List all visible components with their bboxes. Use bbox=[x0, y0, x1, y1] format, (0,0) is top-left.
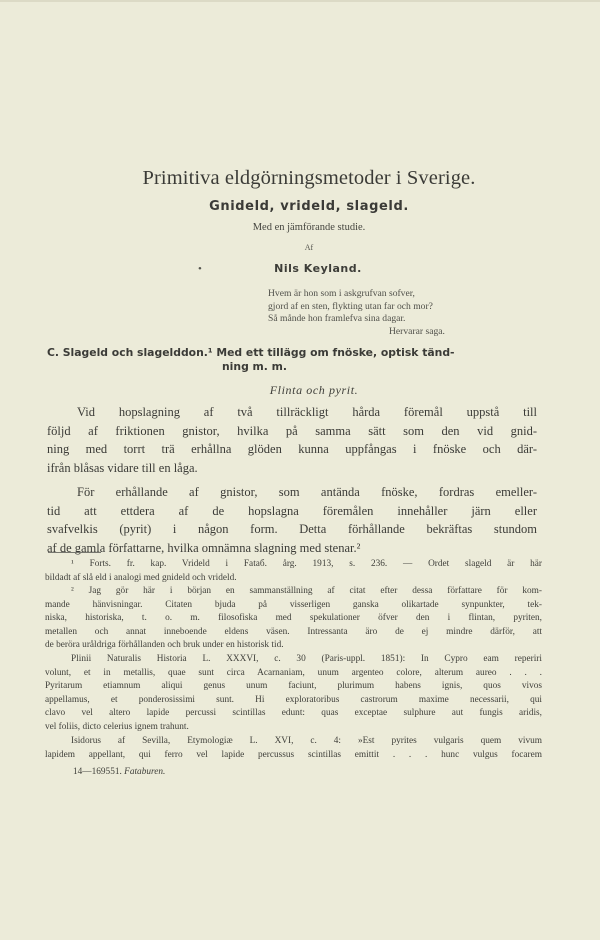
article-subsubtitle: Med en jämförande studie. bbox=[0, 222, 600, 233]
paragraph-line: af de gamla författarne, hvilka omnämna … bbox=[47, 539, 537, 558]
footnote-line: Plinii Naturalis Historia L. XXXVI, c. 3… bbox=[45, 653, 542, 667]
footnote-line: Pyritarum etiamnum aliqui genus unum fac… bbox=[45, 680, 542, 694]
body-paragraph: Vid hopslagning af två tillräckligt hård… bbox=[47, 403, 537, 477]
signature-name: Fataburen. bbox=[124, 767, 165, 777]
footnote: ² Jag gör här i början en sammanställnin… bbox=[45, 585, 542, 653]
section-heading-line: ning m. m. bbox=[47, 360, 537, 374]
footnote-citation: Plinii Naturalis Historia L. XXXVI, c. 3… bbox=[45, 653, 542, 735]
signature-number: 14—169551. bbox=[73, 767, 122, 777]
footnote-line: clavo vel altero lapide percussi scintil… bbox=[45, 707, 542, 721]
footnote-line: niska, historiska, t. o. m. filosofiska … bbox=[45, 612, 542, 626]
paragraph-line: svafvelkis (pyrit) i någon form. Detta f… bbox=[47, 520, 537, 539]
body-paragraph: För erhållande af gnistor, som antända f… bbox=[47, 483, 537, 557]
section-heading-line: C. Slageld och slagelddon.¹ Med ett till… bbox=[47, 346, 537, 360]
paragraph-line: Vid hopslagning af två tillräckligt hård… bbox=[47, 403, 537, 422]
paragraph-line: För erhållande af gnistor, som antända f… bbox=[47, 483, 537, 502]
epigraph-source: Hervarar saga. bbox=[268, 326, 598, 339]
author-name: Nils Keyland. bbox=[0, 262, 600, 275]
footnote-citation: Isidorus af Sevilla, Etymologiæ L. XVI, … bbox=[45, 735, 542, 762]
epigraph-line: Så månde hon framlefva sina dagar. bbox=[268, 313, 598, 326]
paragraph-line: tid att ettdera af de hopslagna föremåle… bbox=[47, 502, 537, 521]
section-heading: C. Slageld och slagelddon.¹ Med ett till… bbox=[47, 346, 537, 374]
footnote: ¹ Forts. fr. kap. Vrideld i Fataб. årg. … bbox=[45, 558, 542, 585]
paragraph-line: ifrån blåsas vidare till en låga. bbox=[47, 459, 537, 478]
paragraph-line: ning med torrt trä erhållna glöden kunna… bbox=[47, 440, 537, 459]
footnote-line: appellamus, et ponderosissimi sunt. Hi e… bbox=[45, 694, 542, 708]
page-top-edge bbox=[0, 0, 600, 2]
footnote-line: mande hänvisningar. Citaten bjuda på vis… bbox=[45, 599, 542, 613]
subsection-heading: Flinta och pyrit. bbox=[0, 383, 600, 398]
footnote-divider bbox=[48, 552, 101, 553]
footnote-line: ¹ Forts. fr. kap. Vrideld i Fataб. årg. … bbox=[45, 558, 542, 572]
footnote-line: Isidorus af Sevilla, Etymologiæ L. XVI, … bbox=[45, 735, 542, 749]
paragraph-line: följd af friktionen gnistor, hvilka på s… bbox=[47, 422, 537, 441]
printer-signature: 14—169551. Fataburen. bbox=[73, 767, 165, 777]
footnote-line: vel foliis, dicto celerius ignem trahunt… bbox=[45, 721, 542, 735]
article-title: Primitiva eldgörningsmetoder i Sverige. bbox=[0, 167, 600, 190]
footnote-line: lapidem appellant, qui ferro vel lapide … bbox=[45, 749, 542, 763]
article-subtitle: Gnideld, vrideld, slageld. bbox=[0, 199, 600, 214]
byline-prefix: Af bbox=[0, 243, 600, 252]
epigraph-line: Hvem är hon som i askgrufvan sofver, bbox=[268, 288, 598, 301]
document-page: Primitiva eldgörningsmetoder i Sverige. … bbox=[0, 0, 600, 940]
epigraph-line: gjord af en sten, flykting utan far och … bbox=[268, 301, 598, 314]
footnote-line: bildadt af slå eld i analogi med gnideld… bbox=[45, 572, 542, 586]
epigraph: Hvem är hon som i askgrufvan sofver, gjo… bbox=[268, 288, 598, 338]
footnote-line: metallen och annat inneboende eldens väs… bbox=[45, 626, 542, 640]
footnote-line: ² Jag gör här i början en sammanställnin… bbox=[45, 585, 542, 599]
footnote-line: volunt, et in metallis, quae sunt circa … bbox=[45, 667, 542, 681]
footnote-line: de beröra uråldriga förhållanden och bru… bbox=[45, 639, 542, 653]
